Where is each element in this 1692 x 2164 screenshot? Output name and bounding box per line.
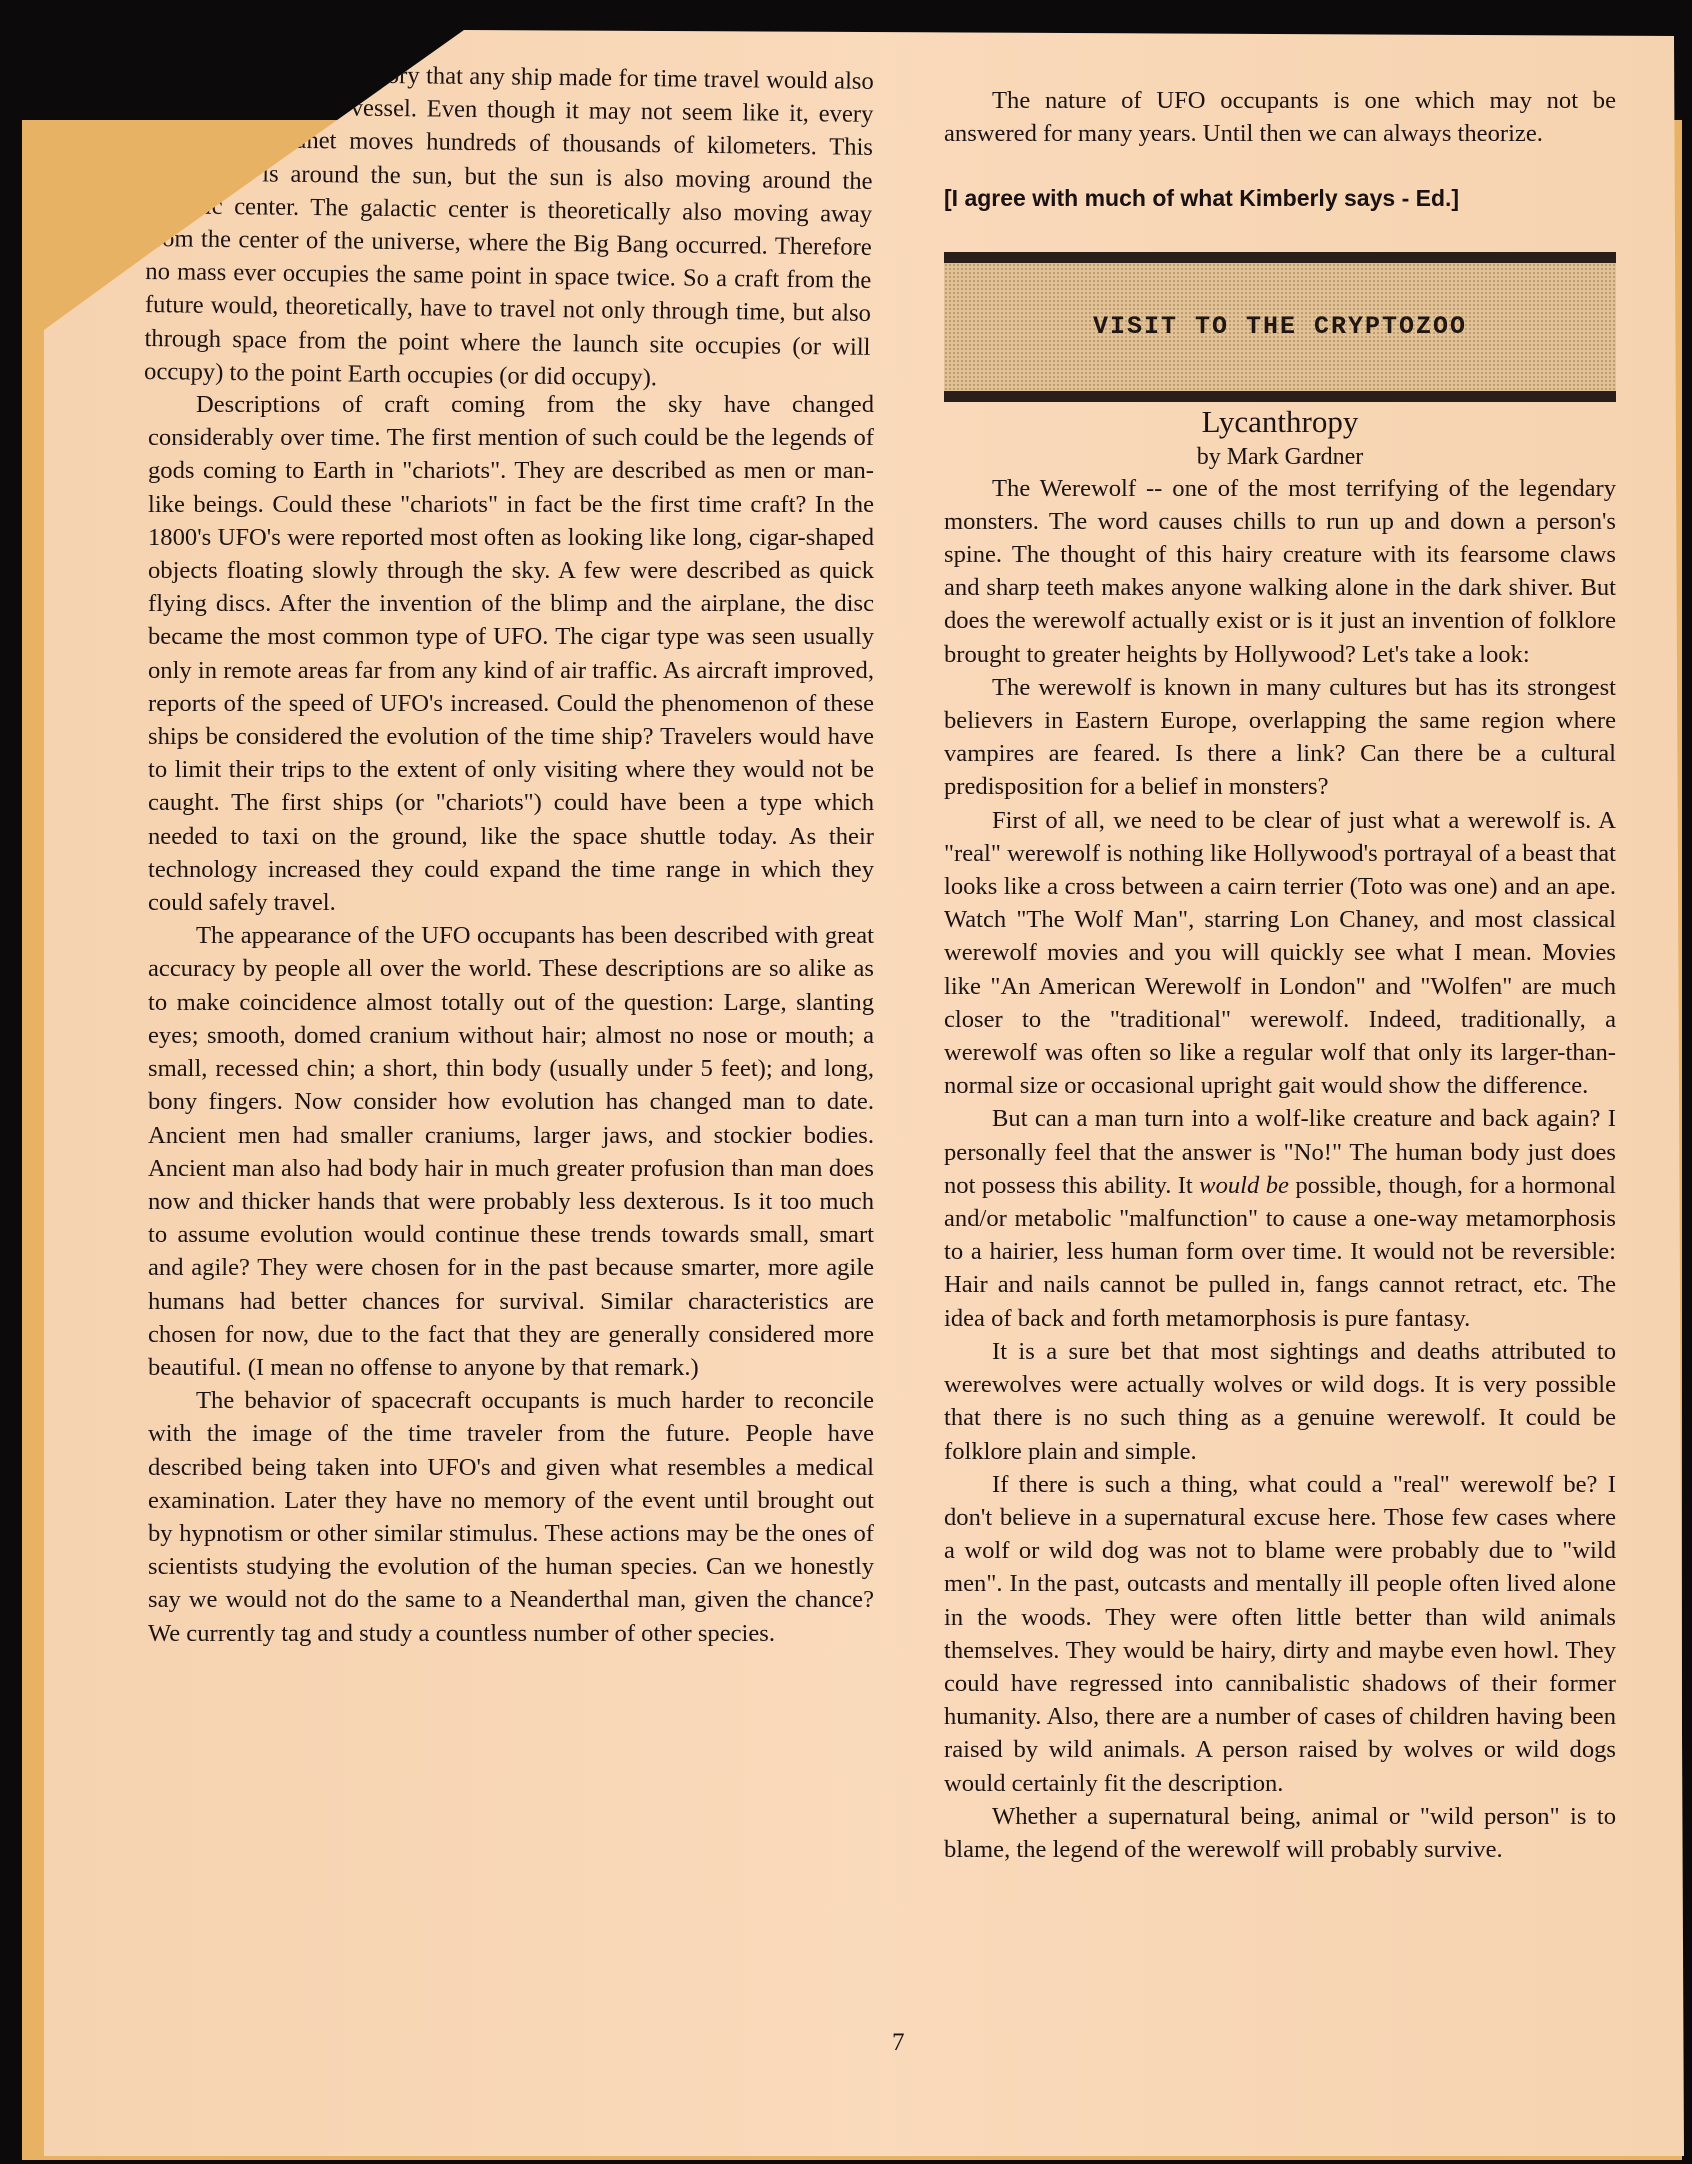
paragraph-cultures: The werewolf is known in many cultures b… [944, 671, 1616, 804]
right-column: The nature of UFO occupants is one which… [944, 84, 1616, 1866]
page-number: 7 [892, 2029, 905, 2057]
article-title: Lycanthropy [944, 402, 1616, 442]
paragraph-werewolf-intro: The Werewolf -- one of the most terrifyi… [944, 472, 1616, 671]
magazine-page: I agree with the theory that any ship ma… [44, 0, 1684, 2156]
paragraph-time-travel-space: I agree with the theory that any ship ma… [144, 56, 874, 397]
article-byline: by Mark Gardner [944, 442, 1616, 472]
paragraph-transformation: But can a man turn into a wolf-like crea… [944, 1102, 1616, 1334]
paragraph-ufo-nature: The nature of UFO occupants is one which… [944, 84, 1616, 150]
section-banner: VISIT TO THE CRYPTOZOO [944, 252, 1616, 402]
paragraph-craft-descriptions: Descriptions of craft coming from the sk… [148, 388, 874, 919]
banner-rule-bottom [944, 391, 1616, 402]
paragraph-wild-men: If there is such a thing, what could a "… [944, 1468, 1616, 1800]
paragraph-sightings: It is a sure bet that most sightings and… [944, 1335, 1616, 1468]
editor-note: [I agree with much of what Kimberly says… [944, 182, 1616, 215]
banner-rule-top [944, 252, 1616, 263]
paragraph-occupant-appearance: The appearance of the UFO occupants has … [148, 919, 874, 1384]
paragraph-real-werewolf: First of all, we need to be clear of jus… [944, 804, 1616, 1103]
paragraph-occupant-behavior: The behavior of spacecraft occupants is … [148, 1384, 874, 1650]
section-banner-title: VISIT TO THE CRYPTOZOO [1093, 310, 1467, 343]
paragraph-conclusion: Whether a supernatural being, animal or … [944, 1800, 1616, 1866]
emphasis-would-be: would be [1199, 1172, 1289, 1199]
left-column: I agree with the theory that any ship ma… [148, 56, 874, 1650]
